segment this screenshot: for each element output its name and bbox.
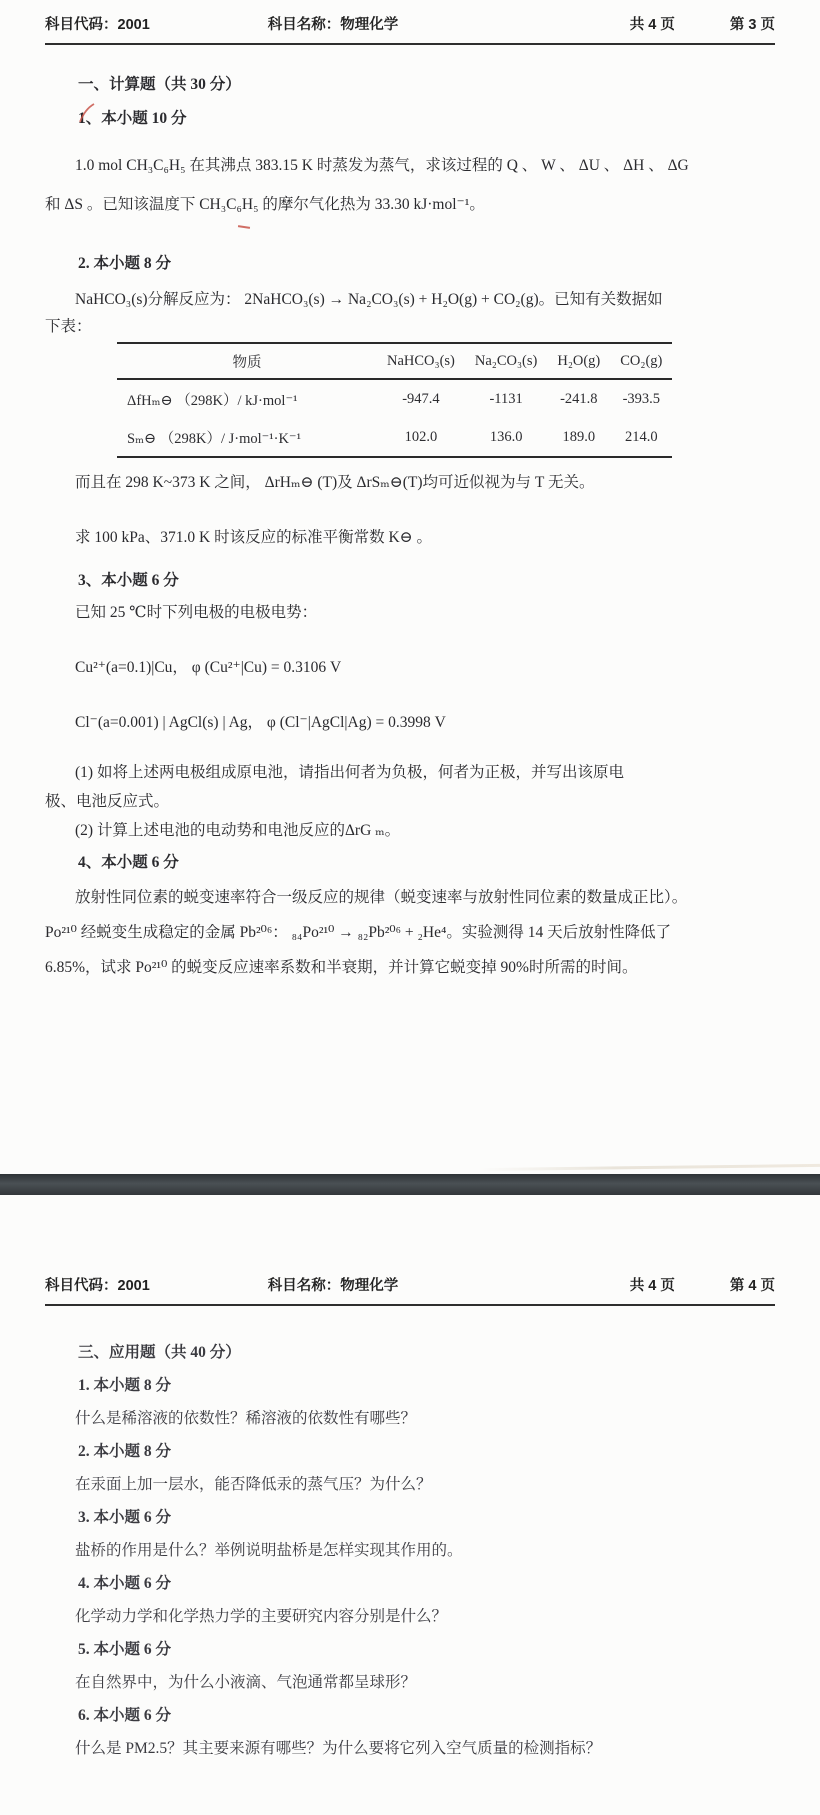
app-question-4-title: 4. 本小题 6 分 (78, 1573, 775, 1595)
question-2-text-line2: 下表： (45, 316, 775, 338)
total-pages-label: 共 4 页 (630, 13, 675, 34)
row-label-entropy: Sₘ⊖ （298K）/ J·mol⁻¹·K⁻¹ (117, 418, 377, 457)
header-rule (45, 1304, 775, 1306)
question-1-text-line1: 1.0 mol CH₃C₆H₅ 在其沸点 383.15 K 时蒸发为蒸气，求该过… (75, 155, 775, 177)
entropy-value-h2o: 189.0 (547, 418, 610, 457)
enthalpy-value-h2o: -241.8 (547, 379, 610, 418)
question-4-title: 4、本小题 6 分 (78, 852, 775, 874)
question-2-ask: 求 100 kPa、371.0 K 时该反应的标准平衡常数 K⊖ 。 (75, 527, 775, 549)
page4-header: 科目代码：2001 科目名称：物理化学 共 4 页 第 4 页 (45, 1274, 775, 1295)
enthalpy-value-na2co3: -1131 (465, 379, 547, 418)
table-row-entropy: Sₘ⊖ （298K）/ J·mol⁻¹·K⁻¹ 102.0 136.0 189.… (117, 418, 672, 457)
question-2-note: 而且在 298 K~373 K 之间， ΔrHₘ⊖ (T)及 ΔrSₘ⊖(T)均… (75, 472, 775, 494)
page-number-label: 第 3 页 (730, 13, 775, 34)
scan-page-edge (480, 1164, 820, 1171)
question-2-title: 2. 本小题 8 分 (78, 253, 775, 275)
question-3-part1-line1: (1) 如将上述两电极组成原电池，请指出何者为负极，何者为正极，并写出该原电 (75, 762, 775, 784)
table-header-co2: CO₂(g) (610, 343, 672, 379)
subject-name-label: 科目名称：物理化学 (268, 1274, 399, 1295)
question-2-text-line1: NaHCO₃(s)分解反应为： 2NaHCO₃(s) → Na₂CO₃(s) +… (75, 289, 775, 311)
question-3-intro: 已知 25 ℃时下列电极的电极电势： (75, 602, 775, 624)
entropy-value-na2co3: 136.0 (465, 418, 547, 457)
subject-name-label: 科目名称：物理化学 (268, 13, 399, 34)
question-4-text-line2: Po²¹⁰ 经蜕变生成稳定的金属 Pb²⁰⁶： ₈₄Po²¹⁰ → ₈₂Pb²⁰… (45, 922, 775, 944)
entropy-value-co2: 214.0 (610, 418, 672, 457)
app-question-6-title: 6. 本小题 6 分 (78, 1705, 775, 1727)
app-question-1-title: 1. 本小题 8 分 (78, 1375, 775, 1397)
electrode-1-potential: Cu²⁺(a=0.1)|Cu， φ (Cu²⁺|Cu) = 0.3106 V (75, 657, 775, 679)
app-question-2-title: 2. 本小题 8 分 (78, 1441, 775, 1463)
exam-page-3: 科目代码：2001 科目名称：物理化学 共 4 页 第 3 页 一、计算题（共 … (0, 0, 820, 979)
exam-page-4: 科目代码：2001 科目名称：物理化学 共 4 页 第 4 页 三、应用题（共 … (0, 1274, 820, 1760)
app-question-3-title: 3. 本小题 6 分 (78, 1507, 775, 1529)
question-3-title: 3、本小题 6 分 (78, 570, 775, 592)
question-3-part1-line2: 极、电池反应式。 (45, 791, 775, 813)
question-1-title: 1、本小题 10 分 (78, 108, 775, 130)
question-1-text-line2: 和 ΔS 。已知该温度下 CH₃C₆H₅ 的摩尔气化热为 33.30 kJ·mo… (45, 194, 775, 216)
enthalpy-value-co2: -393.5 (610, 379, 672, 418)
electrode-2-potential: Cl⁻(a=0.001) | AgCl(s) | Ag， φ (Cl⁻|AgCl… (75, 712, 775, 734)
page3-header: 科目代码：2001 科目名称：物理化学 共 4 页 第 3 页 (45, 0, 775, 34)
subject-code-label: 科目代码：2001 (45, 1274, 150, 1295)
table-header-row: 物质 NaHCO₃(s) Na₂CO₃(s) H₂O(g) CO₂(g) (117, 343, 672, 379)
app-question-5-title: 5. 本小题 6 分 (78, 1639, 775, 1661)
app-question-5-body: 在自然界中，为什么小液滴、气泡通常都呈球形？ (75, 1672, 775, 1694)
subject-code-label: 科目代码：2001 (45, 13, 150, 34)
table-header-h2o: H₂O(g) (547, 343, 610, 379)
header-rule (45, 43, 775, 45)
enthalpy-value-nahco3: -947.4 (377, 379, 465, 418)
scan-separator-band (0, 1174, 820, 1195)
question-3-part2: (2) 计算上述电池的电动势和电池反应的ΔrG ₘ。 (75, 820, 775, 842)
table-row-enthalpy: ΔfHₘ⊖ （298K）/ kJ·mol⁻¹ -947.4 -1131 -241… (117, 379, 672, 418)
total-pages-label: 共 4 页 (630, 1274, 675, 1295)
question-4-text-line3: 6.85%，试求 Po²¹⁰ 的蜕变反应速率系数和半衰期，并计算它蜕变掉 90%… (45, 957, 775, 979)
section-3-title: 三、应用题（共 40 分） (78, 1342, 775, 1364)
question-4-text-line1: 放射性同位素的蜕变速率符合一级反应的规律（蜕变速率与放射性同位素的数量成正比）。 (75, 887, 775, 909)
red-pen-dash (238, 225, 250, 229)
app-question-1-body: 什么是稀溶液的依数性？稀溶液的依数性有哪些？ (75, 1408, 775, 1430)
app-question-2-body: 在汞面上加一层水，能否降低汞的蒸气压？为什么？ (75, 1474, 775, 1496)
app-question-6-body: 什么是 PM2.5？其主要来源有哪些？为什么要将它列入空气质量的检测指标？ (75, 1738, 775, 1760)
section-1-title: 一、计算题（共 30 分） (78, 74, 775, 96)
table-header-nahco3: NaHCO₃(s) (377, 343, 465, 379)
app-question-3-body: 盐桥的作用是什么？举例说明盐桥是怎样实现其作用的。 (75, 1540, 775, 1562)
row-label-enthalpy: ΔfHₘ⊖ （298K）/ kJ·mol⁻¹ (117, 379, 377, 418)
app-question-4-body: 化学动力学和化学热力学的主要研究内容分别是什么？ (75, 1606, 775, 1628)
page-number-label: 第 4 页 (730, 1274, 775, 1295)
thermodynamic-data-table: 物质 NaHCO₃(s) Na₂CO₃(s) H₂O(g) CO₂(g) ΔfH… (117, 342, 672, 458)
table-header-substance: 物质 (117, 343, 377, 379)
table-header-na2co3: Na₂CO₃(s) (465, 343, 547, 379)
entropy-value-nahco3: 102.0 (377, 418, 465, 457)
